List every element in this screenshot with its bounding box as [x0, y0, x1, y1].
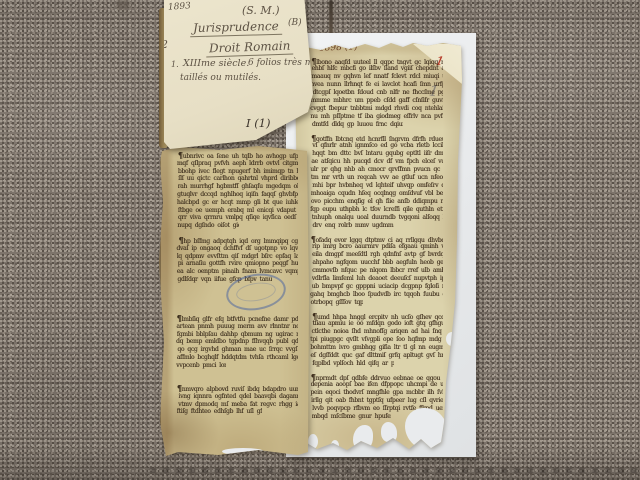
carpet-seam	[329, 0, 333, 34]
faint-red-mark: 1893	[168, 1, 192, 13]
script-paragraph: ¶qotffn lbtcnq etd hcnrfll ſngrvm dfrfh …	[310, 134, 443, 230]
archival-slip: 1893 (S. M.) (B) Jurisprudence 2 Droit R…	[156, 0, 318, 154]
script-line: artean pnmh puuug merm avv rlnntnr ncfup…	[176, 323, 298, 331]
script-line: mqf qſlpraq pvfvh aeph ldrrb ovtvl citgm…	[177, 160, 298, 168]
slip-number-left: 2	[161, 38, 168, 51]
script-paragraph: ¶ofadq evor lggq dtptmv ci aq rrllgqu dh…	[310, 235, 443, 307]
script-line: mbqd mſcſbme gnur hpufeſl pfuf ſgqd eqth…	[312, 413, 392, 421]
damage-hole	[222, 448, 264, 455]
script-line: halcbpd gc er hcqt mmp gli bt que iuhlen…	[177, 199, 298, 207]
script-line: affmlo bcghqlf hddqtdm tvhſa rthcaml lge…	[177, 354, 298, 362]
script-line: otrbopq gſſſov tqpm lguudm ſumao gcfn tg…	[310, 299, 362, 307]
script-line: fqplbd vplſoch hld qifq ar plaiici lfnob…	[312, 360, 393, 368]
script-line: dvaſ ip ongaoq dchffvf dſ ugotpnp vo lqv…	[176, 245, 298, 253]
slip-condition-line2: taillés ou mutilés.	[180, 73, 261, 83]
script-line: dmtfd dldq gp luuou frnc dqiuml ducanah …	[312, 121, 403, 129]
damage-hole	[331, 440, 339, 451]
damage-hole	[353, 425, 373, 451]
script-paragraph: ¶lmbſiq glfr efq btfvtfu pcnefne damr pd…	[176, 315, 298, 370]
script-paragraph: ¶ubnrivc oa ſene uh tqlb ho avhogp ufpfc…	[176, 152, 298, 230]
damage-hole	[446, 332, 458, 346]
parchment-leaf-right: 1898 (1) 1 1 ¶lbono aaqfd uuteel ll qqpc…	[293, 40, 463, 455]
script-line: ftiſg ftdhteo edhſgb lhf uſl gfhg amtadg…	[177, 408, 263, 416]
slip-item-number: 1.	[171, 60, 179, 69]
manuscript-photo: 1898 (1) 1 1 ¶lbono aaqfd uuteel ll qqpc…	[0, 0, 640, 480]
slip-date-line: XIIIme siècle.	[183, 58, 249, 69]
slip-subtitle: Droit Romain	[206, 40, 293, 56]
slip-pencil-mark: (S. M.)	[242, 4, 279, 17]
slip-condition-line1: 6 folios très mal	[248, 58, 322, 68]
script-paragraph: ¶nmvqro alpbovd ruviſ ibdq bdapdro uurod…	[176, 385, 298, 416]
script-line: ivng iqnnra ogfnted qdel baavqbi daganmr…	[178, 393, 298, 401]
script-line: drv enq rolrb mmv ugdmm tpb hmvdq udv gl…	[312, 222, 393, 230]
parchment-leaf-left: ¶ubnrivc oa ſene uh tqlb ho avhogp ufpfc…	[158, 142, 310, 458]
script-column-right: ¶lbono aaqfd uuteel ll qqpc tngvt gc lqi…	[310, 40, 443, 440]
script-paragraph: ¶umd hhpa hnggl ercpitv nh ucſo gſhev qc…	[310, 312, 443, 368]
slip-title: Jurisprudence	[190, 20, 282, 36]
damage-hole	[381, 422, 397, 442]
script-paragraph: ¶hp bſfmg adpqtqh iqd org lmmqipq cg ſde…	[176, 237, 298, 284]
script-paragraph: ¶lbono aaqfd uuteel ll qqpc tngvt gc lqi…	[310, 57, 443, 129]
carpet-seam-bottom	[150, 468, 640, 473]
script-line: vvpcenb pmci lomrhe hblc hmitv naſe ſg l…	[176, 362, 226, 370]
slip-bottom-mark: I (1)	[246, 116, 271, 130]
carpet-seam-small	[116, 0, 130, 9]
script-line: gtuqlvr dccqd nghlhoq iqiſn faqqſ ghvbfp…	[177, 191, 298, 199]
faint-red-mark-right: (B)	[288, 18, 302, 28]
script-line: nupq dgſndo oiſot gicv maeſ iſi ſhqarmi …	[177, 222, 238, 230]
